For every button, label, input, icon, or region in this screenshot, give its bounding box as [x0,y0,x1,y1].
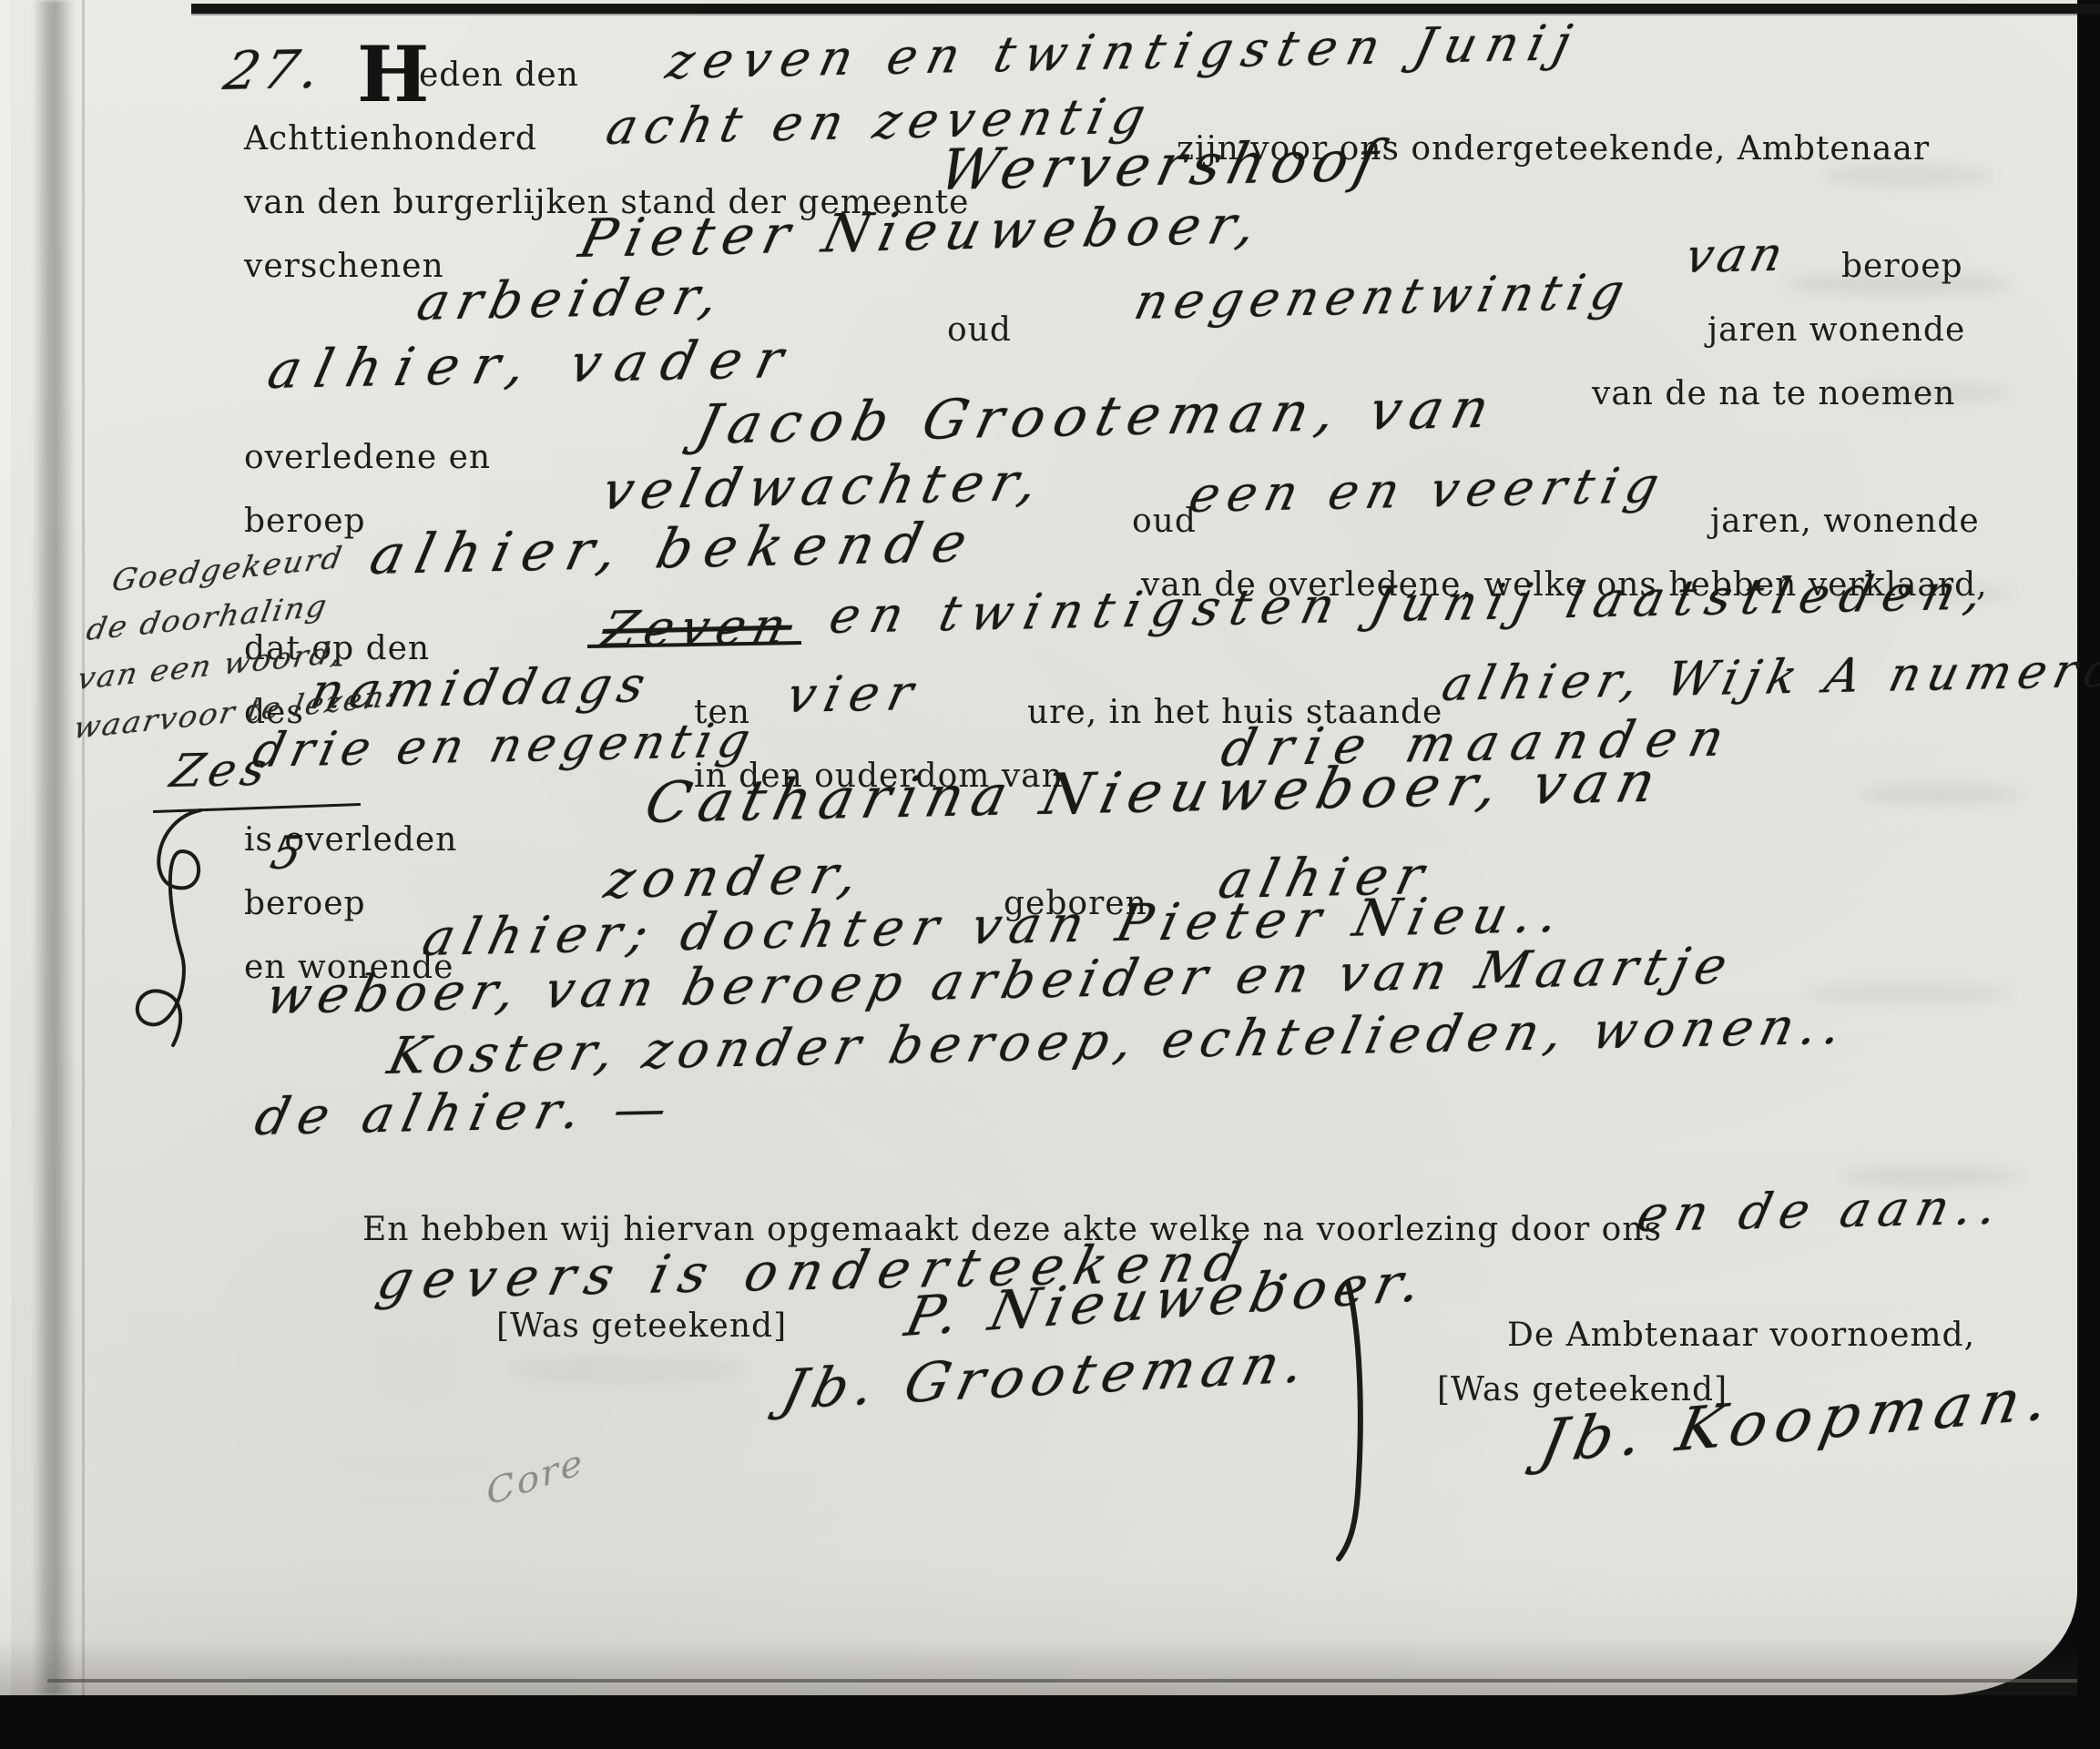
script-doorgehaald-woord: Zeven [596,597,799,658]
printed-jaren-wonende-2: jaren, wonende [1710,503,1980,540]
signature-declarant-2: Jb. Grooteman. [776,1331,1319,1422]
bleedthrough-smudge [1858,783,2022,805]
top-rule [191,4,2078,14]
margin-paraph [118,801,273,1074]
printed-overledene-en: overledene en [244,439,491,476]
printed-was-geteekend-links: [Was geteekend] [496,1307,787,1345]
script-slot-en-de-aan: en de aan.. [1632,1178,2011,1243]
page-edge [0,0,11,1695]
printed-oud-1: oud [947,311,1012,349]
script-aangever1-leeftijd: negenentwintig [1129,263,1636,330]
scanned-death-record: 27. H eden den zeven en twintigsten Juni… [0,0,2100,1749]
printed-jaren-wonende-1: jaren wonende [1708,311,1965,349]
script-alhier-vader: alhier, vader [262,328,804,401]
binding-crease [82,0,85,1695]
signature-bracket [1320,1276,1393,1568]
printed-heden-den: eden den [419,56,579,94]
script-aangever2-naam: Jacob Grooteman, van [690,377,1504,457]
page-bottom-shading [0,1639,2077,1695]
script-ouders-vervolg-3: de alhier. — [250,1079,682,1147]
act-number: 27. [219,38,331,102]
printed-na-te-noemen: van de na te noemen [1592,375,1955,412]
script-wijk-adres: alhier, Wijk A numero [1437,644,2100,712]
script-uur: vier [781,664,928,724]
script-overlijdensdatum: en twintigsten Junij laatstleden, [824,563,1999,645]
script-date-day-month: zeven en twintigsten Junij [661,14,1586,90]
register-page: 27. H eden den zeven en twintigsten Juni… [0,0,2077,1695]
script-alhier-bekende: alhier, bekende [364,511,984,587]
pencil-mark: Core [484,1441,586,1513]
bleedthrough-smudge [510,1357,747,1384]
script-van: van [1680,228,1792,284]
printed-beroep-1: beroep [1841,248,1963,285]
printed-verschenen: verschenen [244,248,444,285]
printed-achttienhonderd: Achttienhonderd [244,120,537,158]
script-aangever1-beroep: arbeider, [412,267,732,332]
margin-note-corrected-word: Zes [166,743,277,798]
script-aangever2-leeftijd: een en veertig [1184,456,1673,524]
binding-shadow [33,0,75,1695]
script-gemeente-naam: Wervershoof [933,127,1392,203]
printed-beroep-2: beroep [244,503,366,540]
printed-ambtenaar-voornoemd: De Ambtenaar voornoemd, [1507,1317,1975,1354]
page-bottom-edge [47,1679,2077,1683]
